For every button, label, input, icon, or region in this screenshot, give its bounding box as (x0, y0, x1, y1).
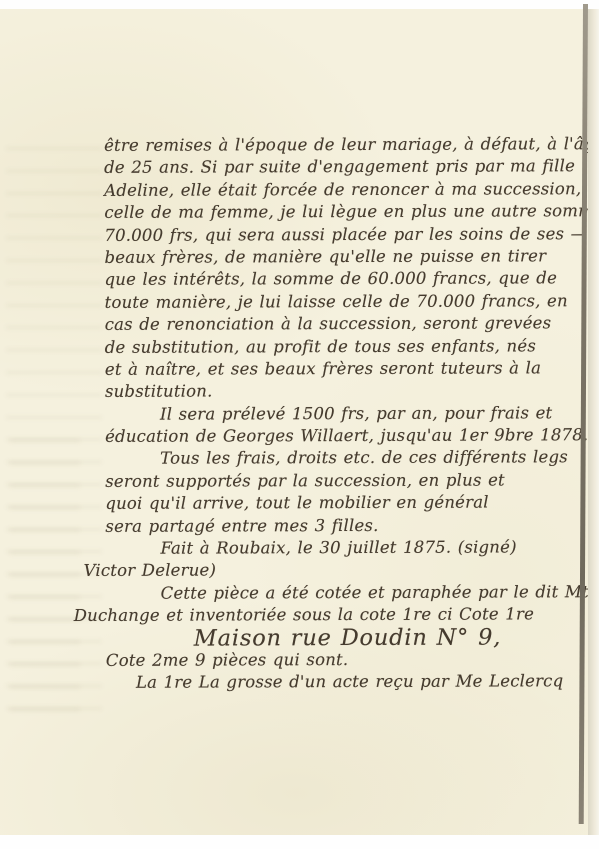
text-line: La 1re La grosse d'un acte reçu par Me L… (136, 671, 592, 695)
text-line: cas de renonciation à la succession, ser… (105, 312, 592, 336)
text-line: sera partagé entre mes 3 filles. (105, 514, 592, 538)
text-line: Duchange et inventoriée sous la cote 1re… (74, 603, 592, 627)
text-line: Cette pièce a été cotée et paraphée par … (161, 581, 592, 605)
text-line: que les intérêts, la somme de 60.000 fra… (104, 267, 592, 291)
paper-sheet: être remises à l'époque de leur mariage,… (0, 9, 592, 835)
text-line: Cote 2me 9 pièces qui sont. (106, 648, 592, 672)
text-line: beaux frères, de manière qu'elle ne puis… (104, 245, 592, 269)
manuscript-text: être remises à l'époque de leur mariage,… (104, 133, 592, 695)
text-line: Tous les frais, droits etc. de ces diffé… (160, 447, 592, 471)
scanned-document-page: être remises à l'époque de leur mariage,… (0, 0, 599, 849)
text-line: Victor Delerue) (84, 559, 592, 583)
text-line: éducation de Georges Willaert, jusqu'au … (105, 424, 592, 448)
text-line: être remises à l'époque de leur mariage,… (104, 133, 592, 157)
text-line: 70.000 frs, qui sera aussi placée par le… (104, 223, 592, 247)
text-line: seront supportés par la succession, en p… (105, 469, 592, 493)
text-line: Maison rue Doudin N° 9, (194, 626, 592, 650)
text-line: Adeline, elle était forcée de renoncer à… (104, 178, 592, 202)
text-line: Il sera prélevé 1500 frs, par an, pour f… (160, 402, 592, 426)
text-line: quoi qu'il arrive, tout le mobilier en g… (105, 491, 592, 515)
ink-showthrough (10, 439, 80, 719)
text-line: de substitution, au profit de tous ses e… (105, 335, 592, 359)
text-line: toute manière, je lui laisse celle de 70… (105, 290, 592, 314)
text-line: de 25 ans. Si par suite d'engagement pri… (104, 156, 592, 180)
text-line: Fait à Roubaix, le 30 juillet 1875. (sig… (160, 536, 592, 560)
text-line: substitution. (105, 379, 592, 403)
text-line: celle de ma femme, je lui lègue en plus … (104, 200, 592, 224)
text-line: et à naître, et ses beaux frères seront … (105, 357, 592, 381)
page-edge-highlight (588, 9, 599, 835)
